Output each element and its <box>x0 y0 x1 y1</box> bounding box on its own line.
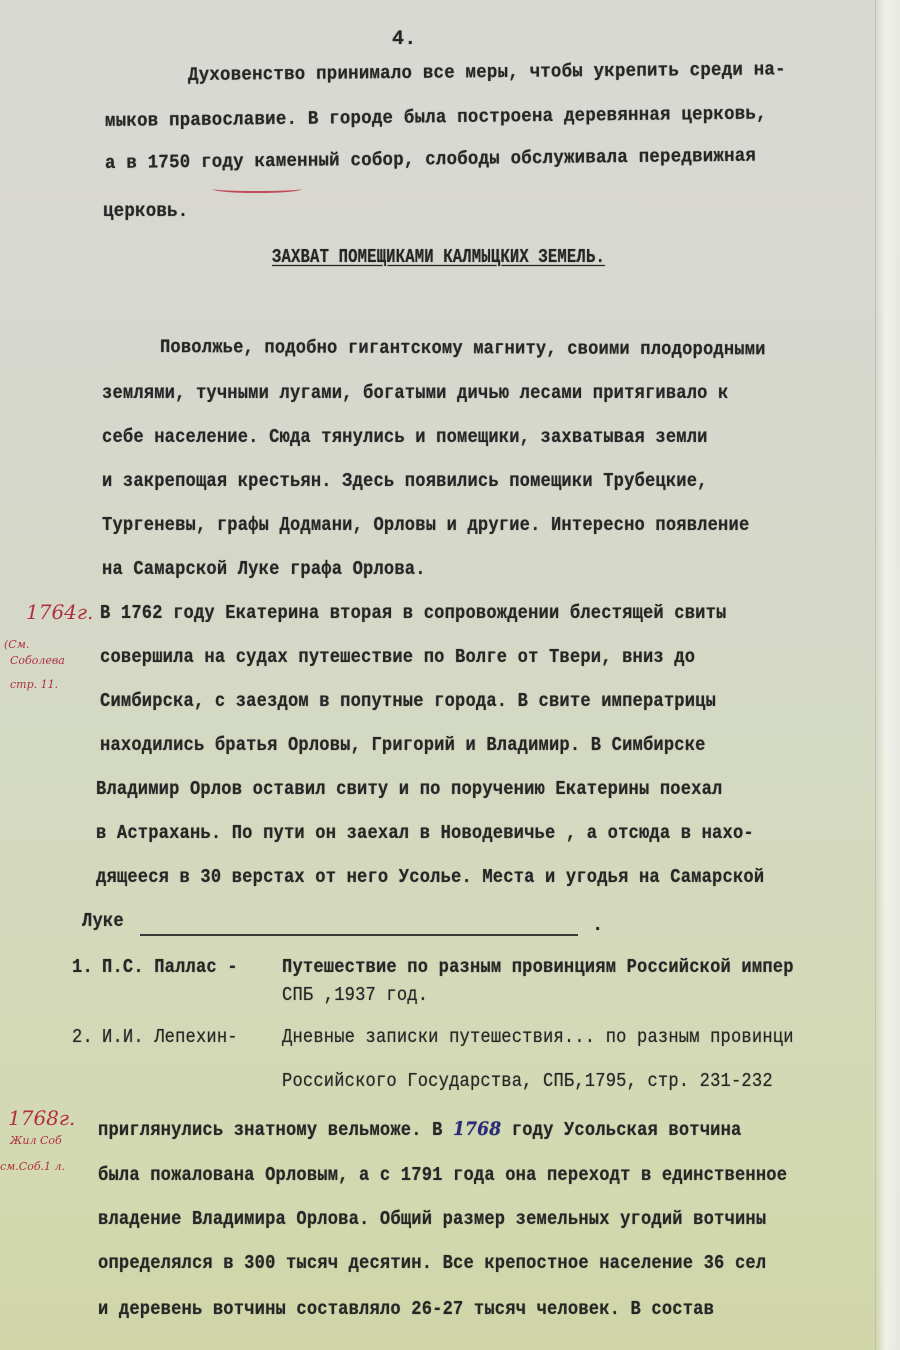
text-line: Духовенство принимало все меры, чтобы ук… <box>188 58 786 86</box>
text-line: Луке <box>82 910 124 932</box>
text-line: а в 1750 году каменный собор, слободы об… <box>105 145 756 174</box>
text-line: приглянулись знатному вельможе. В 1768 г… <box>98 1118 742 1141</box>
footnote-text: Российского Государства, СПБ,1795, стр. … <box>282 1070 773 1092</box>
text-segment: году Усольская вотчина <box>501 1119 741 1141</box>
footnote-author: П.С. Паллас - <box>102 956 238 978</box>
footnote-author: И.И. Лепехин- <box>102 1026 238 1048</box>
text-line: и закрепощая крестьян. Здесь появились п… <box>102 470 708 492</box>
text-line: мыков православие. В городе была построе… <box>105 102 767 132</box>
text-line: Поволжье, подобно гигантскому магниту, с… <box>160 336 766 360</box>
text-line: Владимир Орлов оставил свиту и по поруче… <box>96 778 723 800</box>
text-line: в Астрахань. По пути он заехал в Новодев… <box>96 822 754 844</box>
margin-note-ref: Жил Соб <box>10 1134 62 1147</box>
margin-note-year: 1764г. <box>26 600 93 624</box>
document-page: 4. Духовенство принимало все меры, чтобы… <box>0 0 900 1350</box>
footnote-text: СПБ ,1937 год. <box>282 984 428 1006</box>
margin-note-ref: см.Соб.1 л. <box>0 1160 65 1173</box>
text-line: владение Владимира Орлова. Общий размер … <box>98 1208 766 1230</box>
footnote-text: Путешествие по разным провинциям Российс… <box>282 956 794 978</box>
page-number: 4. <box>392 28 416 51</box>
text-line: определялся в 300 тысяч десятин. Все кре… <box>98 1252 766 1274</box>
margin-note-ref: (См. <box>4 638 29 651</box>
text-line: и деревень вотчины составляло 26-27 тыся… <box>98 1298 714 1320</box>
text-line: себе население. Сюда тянулись и помещики… <box>102 426 708 448</box>
page-edge <box>875 0 900 1350</box>
red-pencil-underline <box>212 185 302 193</box>
margin-note-ref: Соболева <box>10 654 65 667</box>
margin-note-year: 1768г. <box>8 1106 75 1130</box>
text-line: церковь. <box>103 200 188 222</box>
text-line: дящееся в 30 верстах от него Усолье. Мес… <box>96 866 764 888</box>
text-segment: приглянулись знатному вельможе. В <box>98 1119 453 1141</box>
text-line: Тургеневы, графы Додмани, Орловы и други… <box>102 514 749 536</box>
text-line: В 1762 году Екатерина вторая в сопровожд… <box>100 602 727 624</box>
footnote-text: Дневные записки путешествия... по разным… <box>282 1026 794 1048</box>
text-line: землями, тучными лугами, богатыми дичью … <box>102 382 729 404</box>
footnote-number: 1. <box>72 956 93 978</box>
handwritten-year: 1768 <box>453 1118 501 1140</box>
text-line: находились братья Орловы, Григорий и Вла… <box>100 734 706 756</box>
text-line: . <box>592 914 604 936</box>
text-line: на Самарской Луке графа Орлова. <box>102 558 426 580</box>
blank-fill-line <box>140 934 578 936</box>
text-line: совершила на судах путешествие по Волге … <box>100 646 695 668</box>
footnote-number: 2. <box>72 1026 93 1048</box>
section-heading: ЗАХВАТ ПОМЕЩИКАМИ КАЛМЫЦКИХ ЗЕМЕЛЬ. <box>272 246 605 268</box>
margin-note-ref: стр. 11. <box>10 678 58 691</box>
text-line: была пожалована Орловым, а с 1791 года о… <box>98 1164 787 1186</box>
text-line: Симбирска, с заездом в попутные города. … <box>100 690 716 712</box>
